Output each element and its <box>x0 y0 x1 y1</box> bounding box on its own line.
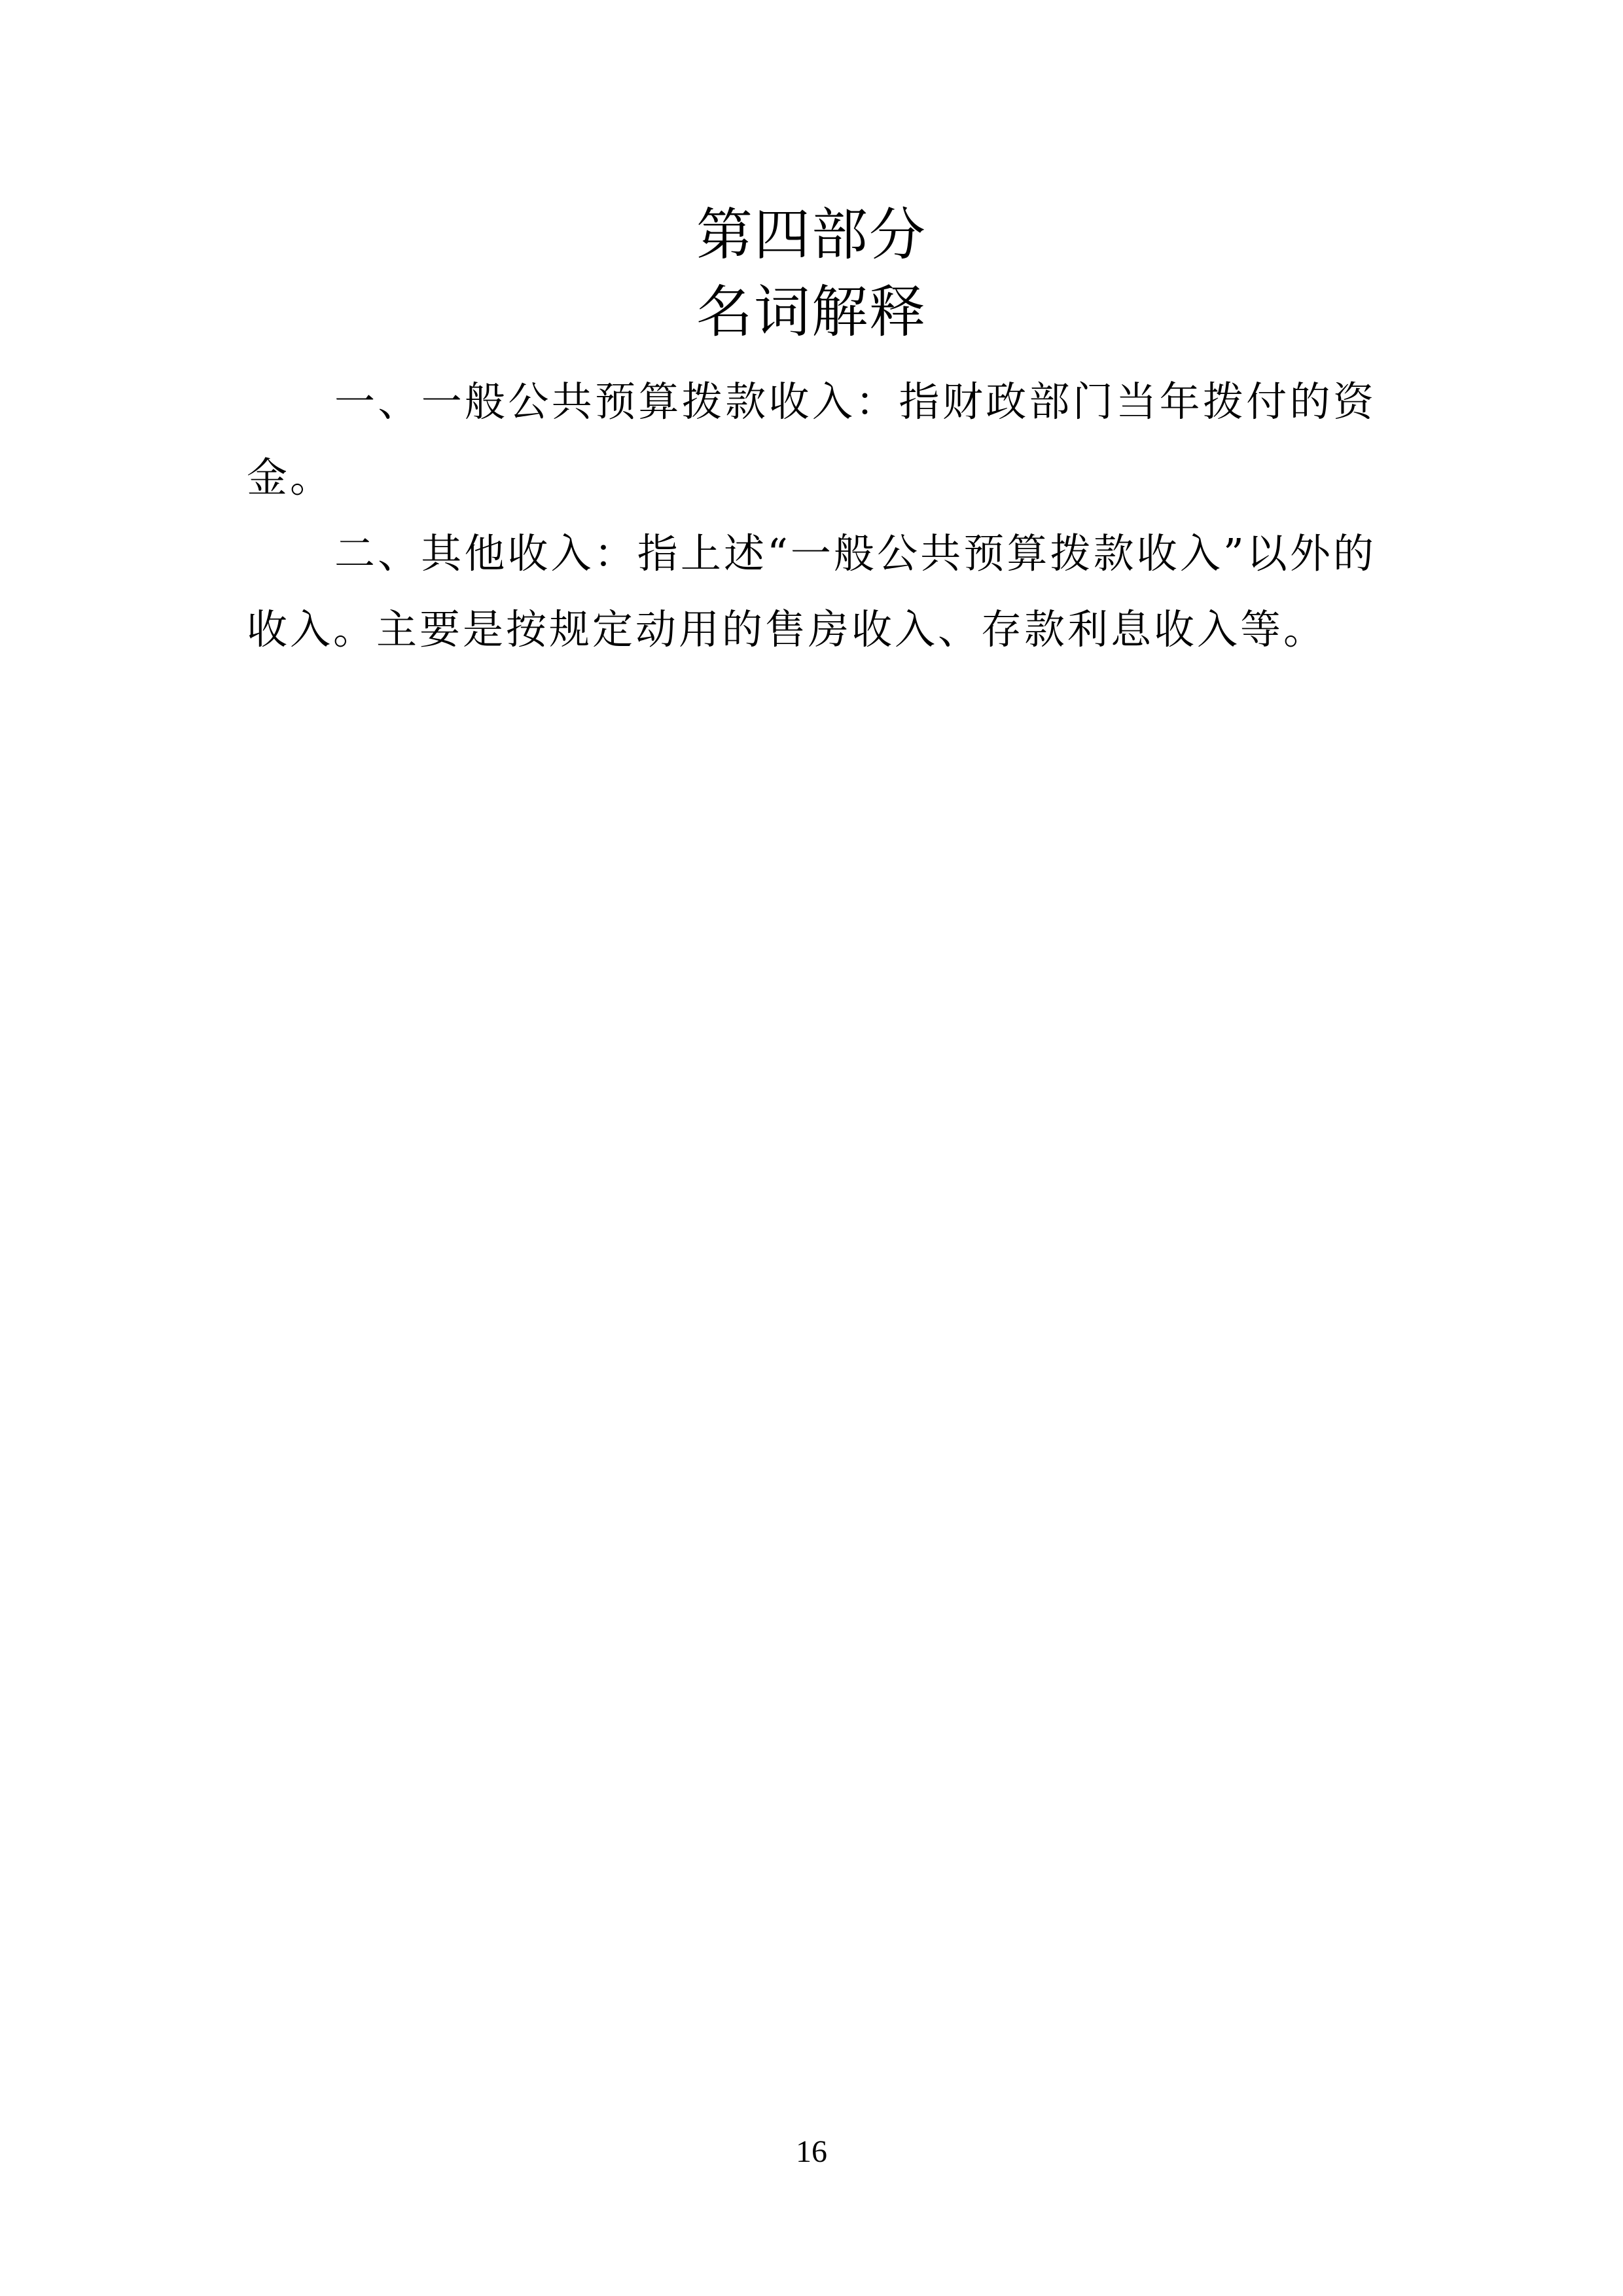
glossary-entry-other-income: 二、其他收入：指上述“一般公共预算拨款收入”以外的收入。主要是按规定动用的售房收… <box>247 516 1376 668</box>
section-title: 第四部分 名词解释 <box>0 196 1623 351</box>
section-title-part: 第四部分 <box>0 196 1623 274</box>
document-page: 第四部分 名词解释 一、一般公共预算拨款收入：指财政部门当年拨付的资金。 二、其… <box>0 0 1623 2296</box>
page-number: 16 <box>0 2135 1623 2169</box>
glossary-body: 一、一般公共预算拨款收入：指财政部门当年拨付的资金。 二、其他收入：指上述“一般… <box>247 364 1376 668</box>
section-title-heading: 名词解释 <box>0 274 1623 351</box>
glossary-entry-general-budget-allocation: 一、一般公共预算拨款收入：指财政部门当年拨付的资金。 <box>247 364 1376 516</box>
